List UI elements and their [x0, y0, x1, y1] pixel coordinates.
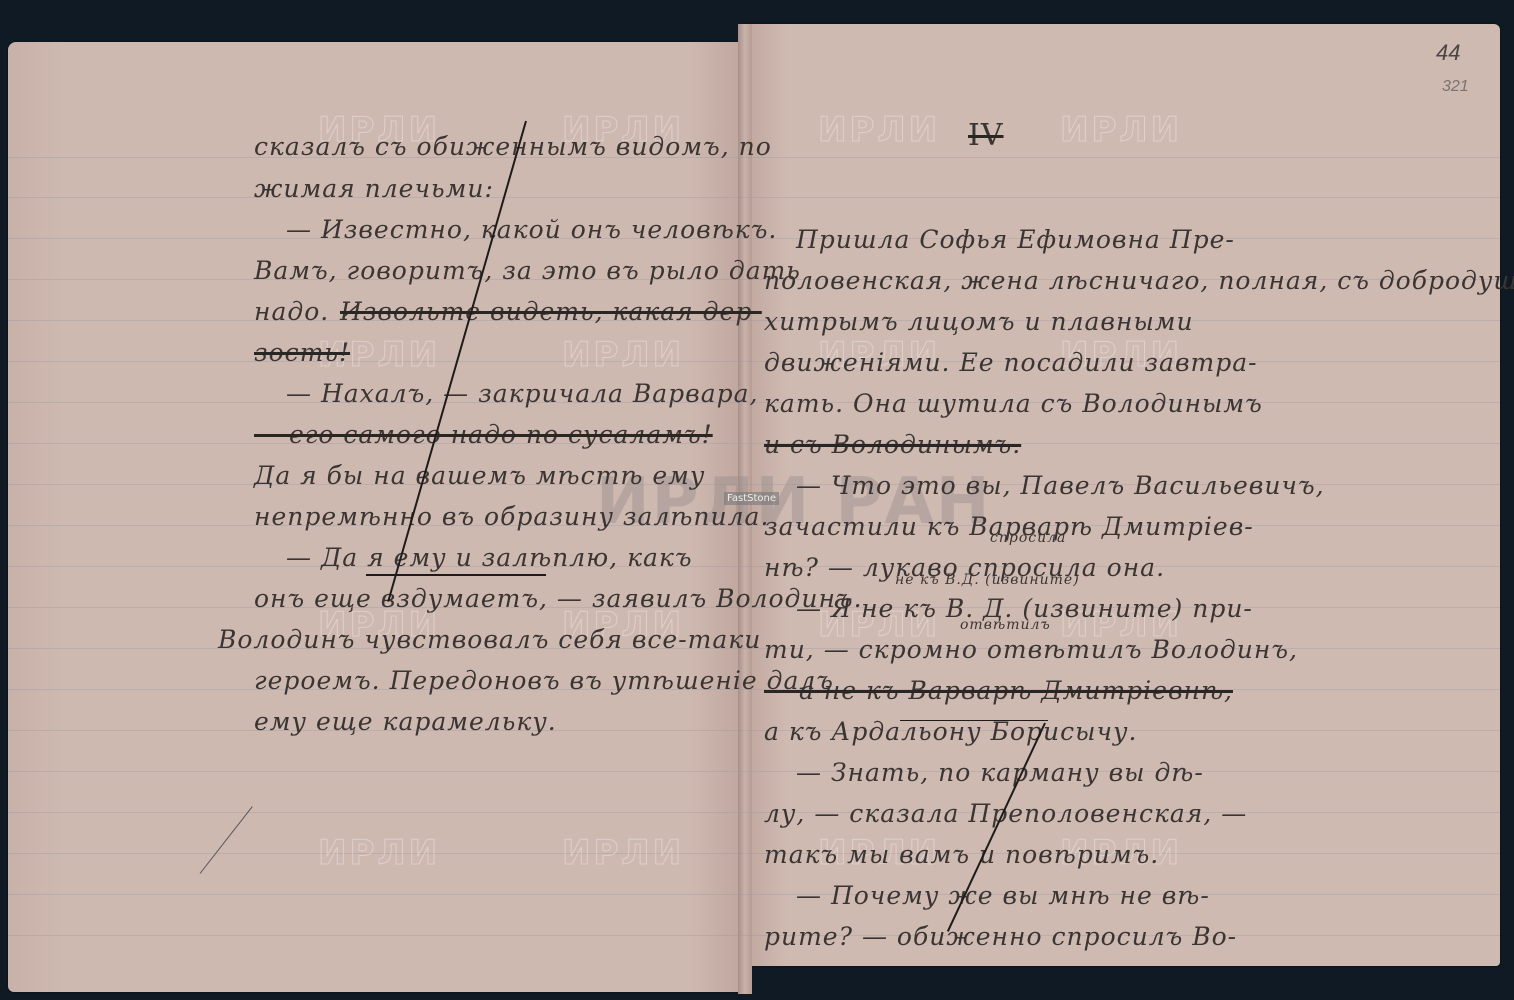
watermark: ИРЛИ	[562, 335, 684, 375]
text-line: — Знать, по карману вы дѣ-	[796, 758, 1204, 787]
text-line: рите? — обиженно спросилъ Во-	[764, 922, 1237, 951]
text-line: надо.	[254, 297, 329, 326]
text-line: половенская, жена лѣсничаго, полная, съ …	[764, 266, 1514, 295]
struck-text: — его самого надо по сусаламъ!	[254, 420, 713, 449]
chapter-number: IV	[968, 118, 1004, 153]
text-line: ему еще карамельку.	[254, 707, 557, 736]
folio-number: 44	[1436, 40, 1460, 66]
text-line: движеніями. Ее посадили завтра-	[764, 348, 1258, 377]
interlinear-note: спросила	[990, 530, 1066, 546]
text-line: сказалъ съ обиженнымъ видомъ, по	[254, 132, 772, 161]
struck-text: и съ Володинымъ.	[764, 430, 1021, 459]
watermark: ИРЛИ	[1060, 110, 1182, 150]
struck-text: — а не къ Варварѣ Дмитріевнѣ,	[764, 676, 1233, 705]
text-line: онъ еще вздумаетъ, — заявилъ Володинъ.	[254, 584, 863, 613]
text-line: — Да я ему и залѣплю, какъ	[286, 543, 693, 572]
text-line: Да я бы на вашемъ мѣстѣ ему	[254, 461, 705, 490]
struck-text: Извольте видеть, какая дер-	[340, 297, 762, 326]
struck-text: зость!	[254, 338, 350, 367]
watermark: ИРЛИ	[318, 833, 440, 873]
text-line: героемъ. Передоновъ въ утѣшеніе далъ	[254, 666, 834, 695]
interlinear-note: не къ В.Д. (извините)	[895, 572, 1080, 588]
text-line: хитрымъ лицомъ и плавными	[764, 307, 1194, 336]
text-line: Вамъ, говоритъ, за это въ рыло дать	[254, 256, 801, 285]
text-line: кать. Она шутила съ Володинымъ	[764, 389, 1263, 418]
text-line: — Почему же вы мнѣ не вѣ-	[796, 881, 1210, 910]
text-line: — Нахалъ, — закричала Варвара,	[286, 379, 758, 408]
deletion-stroke	[900, 720, 1048, 721]
text-line: такъ мы вамъ и повѣримъ.	[764, 840, 1159, 869]
text-line: — Что это вы, Павелъ Васильевичъ,	[796, 471, 1325, 500]
text-line: ти, — скромно отвѣтилъ Володинъ,	[764, 635, 1298, 664]
watermark: ИРЛИ	[562, 833, 684, 873]
text-line: Володинъ чувствовалъ себя все-таки	[218, 625, 761, 654]
text-line: непремѣнно въ образину залѣпила.	[254, 502, 769, 531]
text-line: Пришла Софья Ефимовна Пре-	[796, 225, 1235, 254]
text-line: — Известно, какой онъ человѣкъ.	[286, 215, 777, 244]
folio-secondary: 321	[1442, 78, 1469, 96]
text-line: а къ Ардальону Борисычу.	[764, 717, 1137, 746]
interlinear-note: отвѣтилъ	[960, 617, 1051, 633]
watermark: ИРЛИ	[818, 110, 940, 150]
deletion-stroke	[366, 574, 546, 576]
text-line: жимая плечьми:	[254, 174, 494, 203]
